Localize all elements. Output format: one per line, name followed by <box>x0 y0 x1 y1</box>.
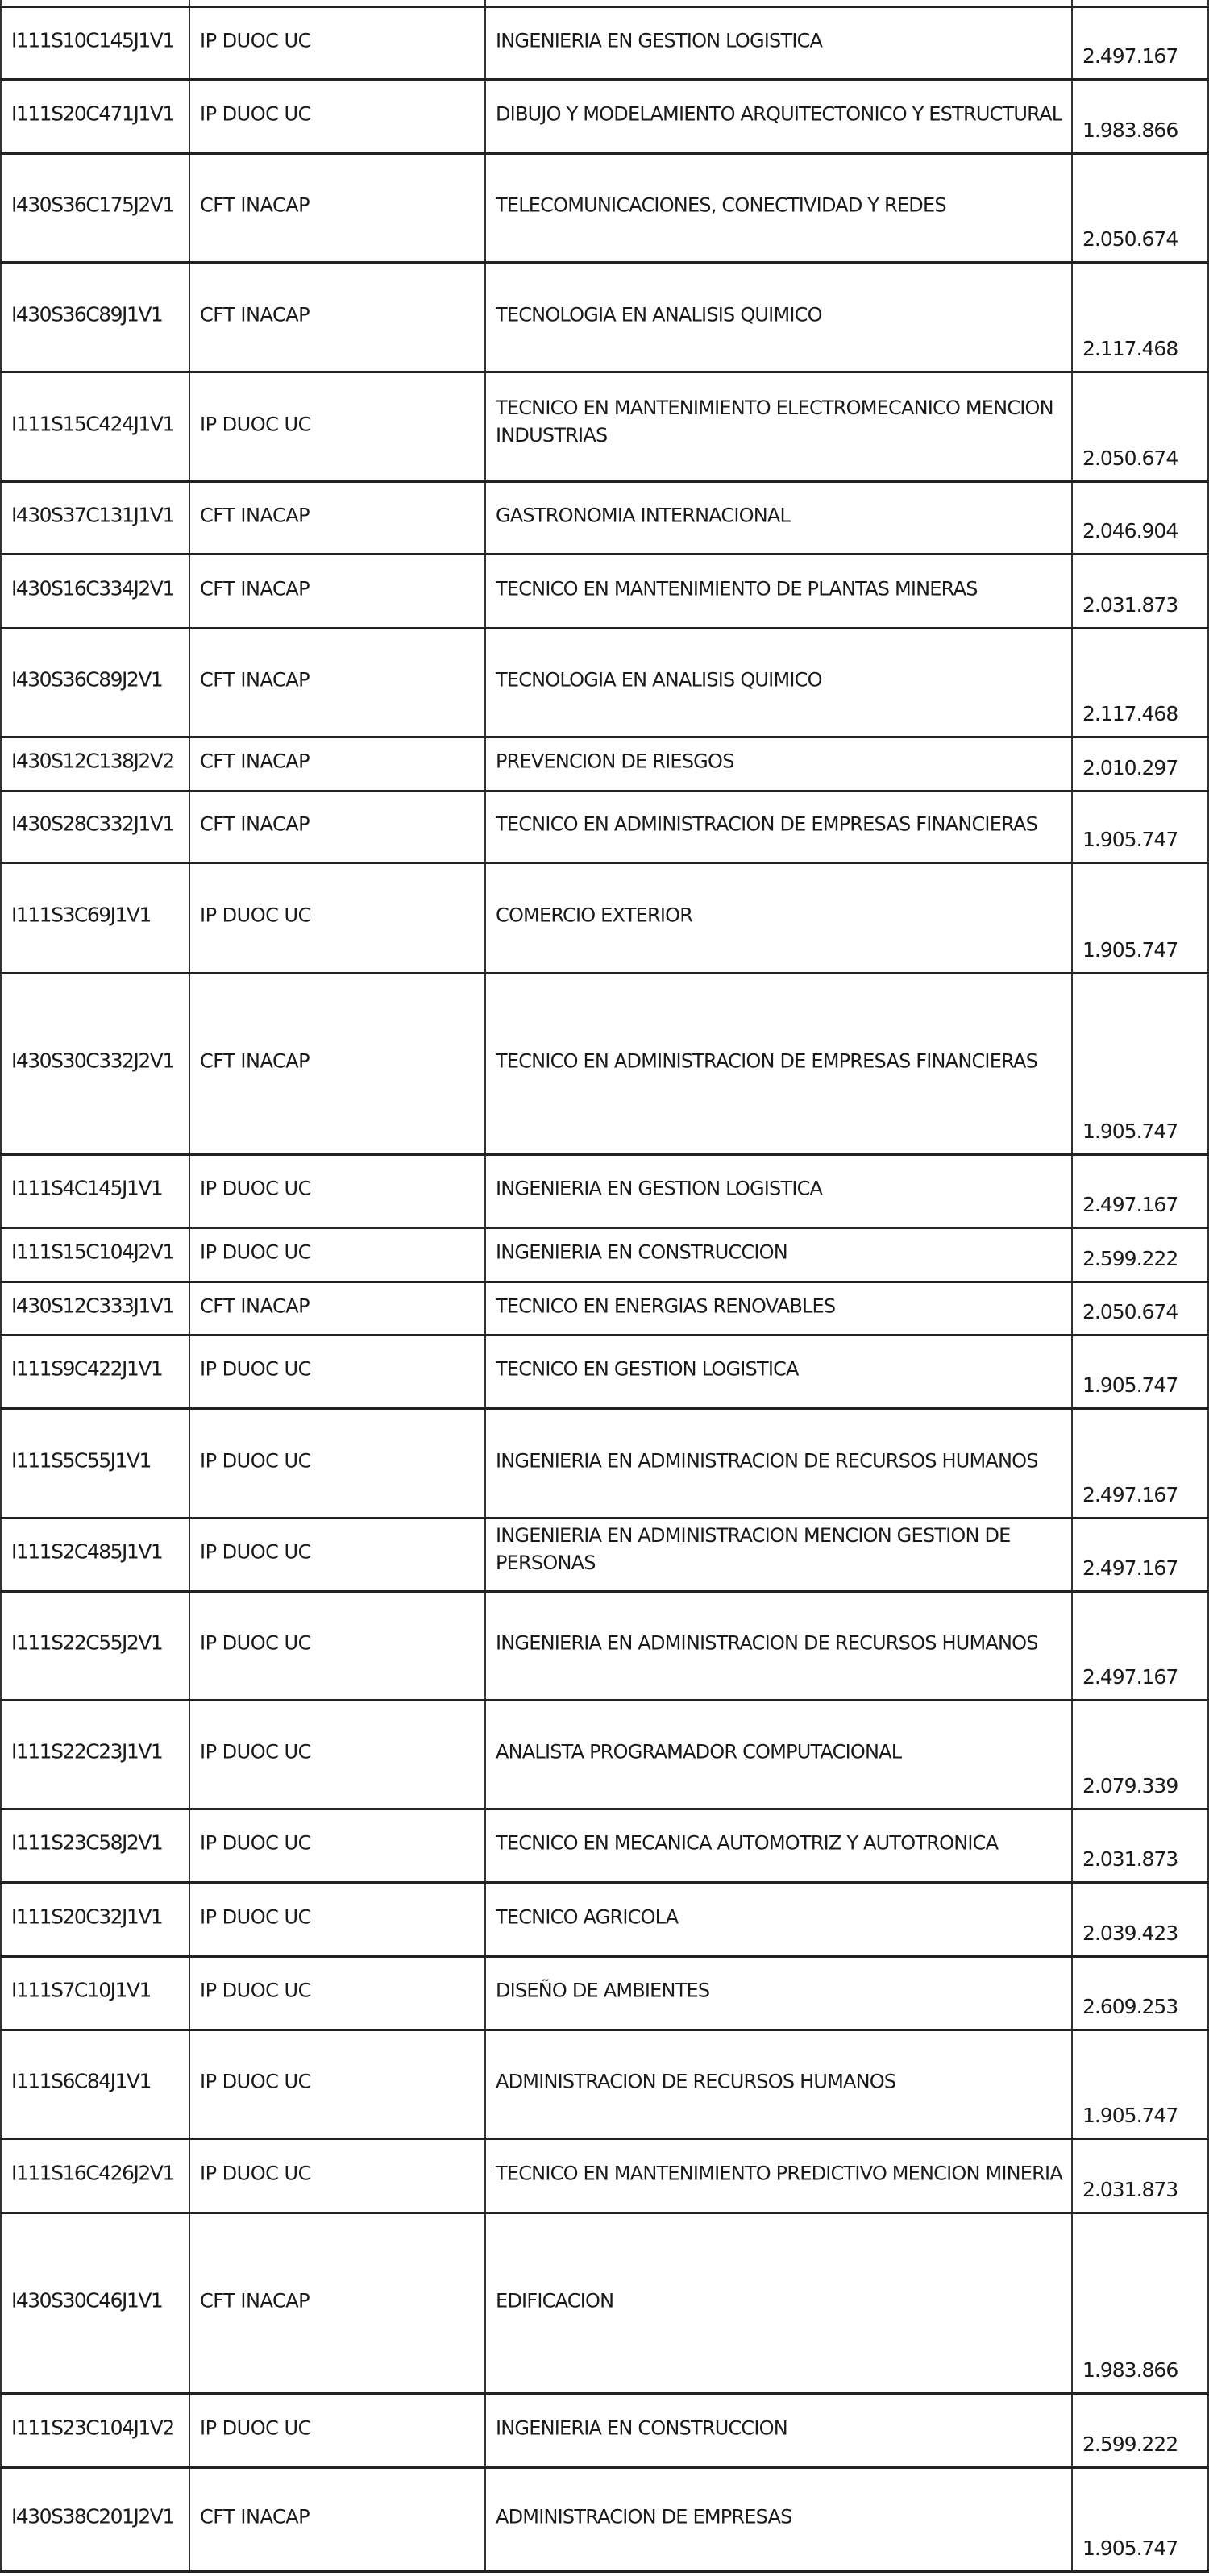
table-row: I430S12C333J1V1CFT INACAPTECNICO EN ENER… <box>0 1281 1209 1334</box>
institution-cell: IP DUOC UC <box>189 8 484 78</box>
amount-cell-text: 2.117.468 <box>1082 335 1201 363</box>
code-cell: I111S23C58J2V1 <box>0 1810 189 1881</box>
table-row-partial <box>0 0 1209 6</box>
institution-cell-text: IP DUOC UC <box>200 1977 478 2005</box>
table-row: I111S23C104J1V2IP DUOC UCINGENIERIA EN C… <box>0 2392 1209 2466</box>
code-cell-text: I111S3C69J1V1 <box>11 902 185 929</box>
institution-cell-text: IP DUOC UC <box>200 1239 478 1266</box>
program-cell: INGENIERIA EN ADMINISTRACION MENCION GES… <box>484 1519 1071 1590</box>
institution-cell-text: IP DUOC UC <box>200 1630 478 1657</box>
institution-cell: IP DUOC UC <box>189 2395 484 2466</box>
program-cell: COMERCIO EXTERIOR <box>484 864 1071 972</box>
program-cell-text: TECNICO EN MECANICA AUTOMOTRIZ Y AUTOTRO… <box>496 1830 1065 1857</box>
amount-cell: 2.599.222 <box>1071 2395 1209 2466</box>
code-cell: I111S20C471J1V1 <box>0 81 189 152</box>
amount-cell-text: 2.609.253 <box>1082 1993 1201 2021</box>
amount-cell-text: 2.050.674 <box>1082 445 1201 472</box>
program-cell: EDIFICACION <box>484 2214 1071 2392</box>
code-cell: I430S36C89J2V1 <box>0 629 189 736</box>
program-cell: INGENIERIA EN CONSTRUCCION <box>484 2395 1071 2466</box>
program-cell-text: DIBUJO Y MODELAMIENTO ARQUITECTONICO Y E… <box>496 100 1065 127</box>
table-row: I111S9C422J1V1IP DUOC UCTECNICO EN GESTI… <box>0 1334 1209 1407</box>
program-cell-text: INGENIERIA EN GESTION LOGISTICA <box>496 1175 1065 1203</box>
amount-cell: 2.039.423 <box>1071 1884 1209 1955</box>
program-cell: DISEÑO DE AMBIENTES <box>484 1958 1071 2029</box>
program-cell: ADMINISTRACION DE RECURSOS HUMANOS <box>484 2031 1071 2138</box>
institution-cell: IP DUOC UC <box>189 2031 484 2138</box>
institution-cell: CFT INACAP <box>189 974 484 1153</box>
program-cell-text: INGENIERIA EN CONSTRUCCION <box>496 1239 1065 1266</box>
code-cell: I111S23C104J1V2 <box>0 2395 189 2466</box>
amount-cell-text: 2.031.873 <box>1082 1846 1201 1873</box>
institution-cell-text: CFT INACAP <box>200 748 478 775</box>
table-row: I111S20C471J1V1IP DUOC UCDIBUJO Y MODELA… <box>0 78 1209 152</box>
amount-cell-text: 2.497.167 <box>1082 1555 1201 1582</box>
program-cell-text: COMERCIO EXTERIOR <box>496 902 1065 929</box>
code-cell: I111S2C485J1V1 <box>0 1519 189 1590</box>
institution-cell-text: IP DUOC UC <box>200 2159 478 2187</box>
code-cell: I111S22C55J2V1 <box>0 1593 189 1699</box>
amount-cell-text: 1.905.747 <box>1082 937 1201 964</box>
program-cell-text: DISEÑO DE AMBIENTES <box>496 1977 1065 2005</box>
code-cell-text: I430S36C89J2V1 <box>11 667 185 694</box>
amount-cell: 1.905.747 <box>1071 2031 1209 2138</box>
amount-cell-text: 2.079.339 <box>1082 1772 1201 1800</box>
amount-cell: 2.031.873 <box>1071 1810 1209 1881</box>
institution-cell: CFT INACAP <box>189 483 484 553</box>
program-cell: GASTRONOMIA INTERNACIONAL <box>484 483 1071 553</box>
program-cell-text: EDIFICACION <box>496 2287 1065 2314</box>
institution-cell: CFT INACAP <box>189 2469 484 2570</box>
institution-cell-text: CFT INACAP <box>200 2287 478 2314</box>
program-cell: TECNICO EN ADMINISTRACION DE EMPRESAS FI… <box>484 974 1071 1153</box>
program-cell: TECNOLOGIA EN ANALISIS QUIMICO <box>484 629 1071 736</box>
program-cell: PREVENCION DE RIESGOS <box>484 738 1071 790</box>
program-cell: DIBUJO Y MODELAMIENTO ARQUITECTONICO Y E… <box>484 81 1071 152</box>
amount-cell-text: 2.599.222 <box>1082 1245 1201 1273</box>
program-cell: INGENIERIA EN ADMINISTRACION DE RECURSOS… <box>484 1593 1071 1699</box>
institution-cell: CFT INACAP <box>189 738 484 790</box>
table-row: I111S10C145J1V1IP DUOC UCINGENIERIA EN G… <box>0 6 1209 78</box>
code-cell: I430S36C89J1V1 <box>0 264 189 371</box>
amount-cell-text: 2.497.167 <box>1082 1481 1201 1509</box>
table-row: I430S16C334J2V1CFT INACAPTECNICO EN MANT… <box>0 553 1209 627</box>
program-cell: INGENIERIA EN GESTION LOGISTICA <box>484 1156 1071 1227</box>
code-cell-text: I111S22C55J2V1 <box>11 1630 185 1657</box>
institution-cell: CFT INACAP <box>189 629 484 736</box>
code-cell: I111S5C55J1V1 <box>0 1410 189 1517</box>
amount-cell-text: 2.497.167 <box>1082 43 1201 70</box>
program-cell: INGENIERIA EN ADMINISTRACION DE RECURSOS… <box>484 1410 1071 1517</box>
code-cell: I111S3C69J1V1 <box>0 864 189 972</box>
institution-cell-text: IP DUOC UC <box>200 1739 478 1766</box>
institution-cell-text: CFT INACAP <box>200 192 478 219</box>
amount-cell-text: 2.010.297 <box>1082 754 1201 782</box>
institution-cell: IP DUOC UC <box>189 373 484 480</box>
amount-cell-text: 2.497.167 <box>1082 1191 1201 1219</box>
code-cell: I111S20C32J1V1 <box>0 1884 189 1955</box>
amount-cell-text: 1.905.747 <box>1082 2535 1201 2562</box>
program-cell-text: TECNICO AGRICOLA <box>496 1903 1065 1930</box>
institution-cell: IP DUOC UC <box>189 1884 484 1955</box>
institution-cell-text: IP DUOC UC <box>200 100 478 127</box>
program-cell-text: INGENIERIA EN ADMINISTRACION DE RECURSOS… <box>496 1630 1065 1657</box>
code-cell: I111S15C104J2V1 <box>0 1229 189 1281</box>
code-cell-text: I430S37C131J1V1 <box>11 501 185 529</box>
code-cell: I111S16C426J2V1 <box>0 2140 189 2212</box>
program-cell-text: TECNICO EN ENERGIAS RENOVABLES <box>496 1292 1065 1319</box>
amount-cell: 2.497.167 <box>1071 1519 1209 1590</box>
amount-cell-text: 1.905.747 <box>1082 2102 1201 2129</box>
table-row: I111S15C424J1V1IP DUOC UCTECNICO EN MANT… <box>0 371 1209 480</box>
code-cell-text: I430S12C138J2V2 <box>11 748 185 775</box>
amount-cell: 2.599.222 <box>1071 1229 1209 1281</box>
code-cell: I111S6C84J1V1 <box>0 2031 189 2138</box>
institution-cell-text: IP DUOC UC <box>200 1356 478 1383</box>
table-row: I111S20C32J1V1IP DUOC UCTECNICO AGRICOLA… <box>0 1881 1209 1955</box>
code-cell: I430S16C334J2V1 <box>0 555 189 627</box>
code-cell-text: I111S2C485J1V1 <box>11 1539 185 1566</box>
program-cell-text: INGENIERIA EN GESTION LOGISTICA <box>496 27 1065 54</box>
code-cell: I111S4C145J1V1 <box>0 1156 189 1227</box>
program-cell-text: ADMINISTRACION DE RECURSOS HUMANOS <box>496 2068 1065 2096</box>
amount-cell: 2.609.253 <box>1071 1958 1209 2029</box>
table-row: I111S6C84J1V1IP DUOC UCADMINISTRACION DE… <box>0 2029 1209 2138</box>
amount-cell: 2.046.904 <box>1071 483 1209 553</box>
code-cell-text: I111S9C422J1V1 <box>11 1356 185 1383</box>
program-cell-text: INGENIERIA EN ADMINISTRACION MENCION GES… <box>496 1522 1065 1577</box>
code-cell-text: I111S15C424J1V1 <box>11 410 185 438</box>
institution-cell: IP DUOC UC <box>189 1593 484 1699</box>
institution-cell-text: CFT INACAP <box>200 501 478 529</box>
amount-cell: 1.905.747 <box>1071 974 1209 1153</box>
institution-cell: IP DUOC UC <box>189 1229 484 1281</box>
table-row: I111S15C104J2V1IP DUOC UCINGENIERIA EN C… <box>0 1227 1209 1281</box>
table-row: I111S22C55J2V1IP DUOC UCINGENIERIA EN AD… <box>0 1590 1209 1699</box>
program-cell-text: TECNICO EN ADMINISTRACION DE EMPRESAS FI… <box>496 1048 1065 1075</box>
amount-cell-text: 1.905.747 <box>1082 1372 1201 1399</box>
institution-cell: IP DUOC UC <box>189 864 484 972</box>
amount-cell: 2.031.873 <box>1071 555 1209 627</box>
institution-cell: CFT INACAP <box>189 792 484 862</box>
amount-cell-text: 2.031.873 <box>1082 592 1201 619</box>
institution-cell-text: CFT INACAP <box>200 811 478 838</box>
code-cell-text: I430S30C332J2V1 <box>11 1048 185 1075</box>
program-cell-text: INGENIERIA EN CONSTRUCCION <box>496 2414 1065 2441</box>
table-cell <box>1071 0 1209 6</box>
program-cell-text: TECNOLOGIA EN ANALISIS QUIMICO <box>496 667 1065 694</box>
institution-cell: IP DUOC UC <box>189 1156 484 1227</box>
program-cell: INGENIERIA EN GESTION LOGISTICA <box>484 8 1071 78</box>
amount-cell-text: 2.039.423 <box>1082 1920 1201 1947</box>
amount-cell: 2.497.167 <box>1071 1410 1209 1517</box>
institution-cell-text: IP DUOC UC <box>200 27 478 54</box>
program-cell-text: TECNICO EN MANTENIMIENTO DE PLANTAS MINE… <box>496 575 1065 602</box>
institution-cell-text: IP DUOC UC <box>200 1447 478 1474</box>
program-cell-text: PREVENCION DE RIESGOS <box>496 748 1065 775</box>
amount-cell: 1.905.747 <box>1071 864 1209 972</box>
amount-cell-text: 2.050.674 <box>1082 226 1201 253</box>
amount-cell: 2.050.674 <box>1071 155 1209 261</box>
amount-cell-text: 1.905.747 <box>1082 826 1201 854</box>
code-cell-text: I430S38C201J2V1 <box>11 2503 185 2531</box>
code-cell: I430S36C175J2V1 <box>0 155 189 261</box>
code-cell-text: I111S16C426J2V1 <box>11 2159 185 2187</box>
institution-cell-text: CFT INACAP <box>200 301 478 328</box>
institution-cell-text: CFT INACAP <box>200 667 478 694</box>
code-cell-text: I111S23C104J1V2 <box>11 2414 185 2441</box>
code-cell: I111S22C23J1V1 <box>0 1701 189 1808</box>
code-cell-text: I111S15C104J2V1 <box>11 1239 185 1266</box>
institution-cell: IP DUOC UC <box>189 1519 484 1590</box>
code-cell-text: I430S36C175J2V1 <box>11 192 185 219</box>
code-cell-text: I111S23C58J2V1 <box>11 1830 185 1857</box>
program-cell: TECNICO AGRICOLA <box>484 1884 1071 1955</box>
code-cell: I430S28C332J1V1 <box>0 792 189 862</box>
code-cell-text: I430S30C46J1V1 <box>11 2287 185 2314</box>
institution-cell: IP DUOC UC <box>189 81 484 152</box>
institution-cell-text: IP DUOC UC <box>200 2068 478 2096</box>
code-cell: I430S30C46J1V1 <box>0 2214 189 2392</box>
amount-cell-text: 2.599.222 <box>1082 2431 1201 2458</box>
table-row: I430S36C175J2V1CFT INACAPTELECOMUNICACIO… <box>0 152 1209 261</box>
code-cell-text: I111S5C55J1V1 <box>11 1447 185 1474</box>
institution-cell-text: IP DUOC UC <box>200 902 478 929</box>
amount-cell-text: 2.050.674 <box>1082 1298 1201 1326</box>
institution-cell: CFT INACAP <box>189 155 484 261</box>
amount-cell: 1.905.747 <box>1071 792 1209 862</box>
table-row: I430S12C138J2V2CFT INACAPPREVENCION DE R… <box>0 736 1209 790</box>
table-row: I111S23C58J2V1IP DUOC UCTECNICO EN MECAN… <box>0 1808 1209 1881</box>
amount-cell: 2.497.167 <box>1071 1156 1209 1227</box>
code-cell-text: I430S16C334J2V1 <box>11 575 185 602</box>
table-row: I111S16C426J2V1IP DUOC UCTECNICO EN MANT… <box>0 2138 1209 2212</box>
code-cell: I430S12C138J2V2 <box>0 738 189 790</box>
amount-cell-text: 1.983.866 <box>1082 2357 1201 2384</box>
program-cell-text: TELECOMUNICACIONES, CONECTIVIDAD Y REDES <box>496 192 1065 219</box>
program-cell: TECNOLOGIA EN ANALISIS QUIMICO <box>484 264 1071 371</box>
code-cell: I430S30C332J2V1 <box>0 974 189 1153</box>
code-cell: I430S38C201J2V1 <box>0 2469 189 2570</box>
table-row: I430S30C46J1V1CFT INACAPEDIFICACION1.983… <box>0 2212 1209 2392</box>
amount-cell: 2.050.674 <box>1071 373 1209 480</box>
institution-cell: IP DUOC UC <box>189 1410 484 1517</box>
table-row: I111S5C55J1V1IP DUOC UCINGENIERIA EN ADM… <box>0 1407 1209 1517</box>
code-cell: I111S9C422J1V1 <box>0 1336 189 1407</box>
amount-cell: 1.905.747 <box>1071 1336 1209 1407</box>
amount-cell: 2.031.873 <box>1071 2140 1209 2212</box>
program-cell-text: TECNICO EN MANTENIMIENTO PREDICTIVO MENC… <box>496 2159 1065 2187</box>
table-row: I430S30C332J2V1CFT INACAPTECNICO EN ADMI… <box>0 972 1209 1153</box>
program-cell: TECNICO EN ADMINISTRACION DE EMPRESAS FI… <box>484 792 1071 862</box>
program-cell-text: TECNOLOGIA EN ANALISIS QUIMICO <box>496 301 1065 328</box>
table-row: I111S22C23J1V1IP DUOC UCANALISTA PROGRAM… <box>0 1699 1209 1808</box>
table-row: I430S36C89J1V1CFT INACAPTECNOLOGIA EN AN… <box>0 261 1209 371</box>
code-cell-text: I111S6C84J1V1 <box>11 2068 185 2096</box>
table-row: I430S37C131J1V1CFT INACAPGASTRONOMIA INT… <box>0 480 1209 553</box>
code-cell-text: I111S7C10J1V1 <box>11 1977 185 2005</box>
code-cell-text: I111S20C32J1V1 <box>11 1903 185 1930</box>
program-cell: ADMINISTRACION DE EMPRESAS <box>484 2469 1071 2570</box>
amount-cell: 2.050.674 <box>1071 1283 1209 1334</box>
amount-cell: 1.905.747 <box>1071 2469 1209 2570</box>
institution-cell-text: IP DUOC UC <box>200 410 478 438</box>
code-cell-text: I430S12C333J1V1 <box>11 1292 185 1319</box>
program-cell: TECNICO EN MANTENIMIENTO PREDICTIVO MENC… <box>484 2140 1071 2212</box>
table-cell <box>0 0 189 6</box>
table-cell <box>189 0 484 6</box>
amount-cell-text: 1.983.866 <box>1082 117 1201 144</box>
program-cell-text: TECNICO EN GESTION LOGISTICA <box>496 1356 1065 1383</box>
table-cell <box>484 0 1071 6</box>
institution-cell-text: CFT INACAP <box>200 2503 478 2531</box>
institution-cell-text: CFT INACAP <box>200 1048 478 1075</box>
program-cell-text: INGENIERIA EN ADMINISTRACION DE RECURSOS… <box>496 1447 1065 1474</box>
institution-cell: IP DUOC UC <box>189 1958 484 2029</box>
amount-cell: 1.983.866 <box>1071 2214 1209 2392</box>
amount-cell-text: 2.497.167 <box>1082 1664 1201 1691</box>
institution-cell: IP DUOC UC <box>189 1701 484 1808</box>
institution-cell-text: IP DUOC UC <box>200 1903 478 1930</box>
institution-cell-text: IP DUOC UC <box>200 2414 478 2441</box>
institution-cell: CFT INACAP <box>189 264 484 371</box>
code-cell-text: I111S4C145J1V1 <box>11 1175 185 1203</box>
program-cell: TECNICO EN MECANICA AUTOMOTRIZ Y AUTOTRO… <box>484 1810 1071 1881</box>
institution-cell: CFT INACAP <box>189 2214 484 2392</box>
institution-cell-text: CFT INACAP <box>200 1292 478 1319</box>
table-row: I111S3C69J1V1IP DUOC UCCOMERCIO EXTERIOR… <box>0 862 1209 972</box>
code-cell-text: I430S36C89J1V1 <box>11 301 185 328</box>
institution-cell-text: IP DUOC UC <box>200 1830 478 1857</box>
code-cell: I111S15C424J1V1 <box>0 373 189 480</box>
program-cell: TECNICO EN ENERGIAS RENOVABLES <box>484 1283 1071 1334</box>
institution-cell-text: IP DUOC UC <box>200 1175 478 1203</box>
institution-cell: IP DUOC UC <box>189 2140 484 2212</box>
code-cell: I430S37C131J1V1 <box>0 483 189 553</box>
institution-cell-text: IP DUOC UC <box>200 1539 478 1566</box>
amount-cell: 2.117.468 <box>1071 264 1209 371</box>
amount-cell: 2.497.167 <box>1071 8 1209 78</box>
amount-cell-text: 2.117.468 <box>1082 700 1201 728</box>
table-row: I430S36C89J2V1CFT INACAPTECNOLOGIA EN AN… <box>0 627 1209 736</box>
program-cell-text: GASTRONOMIA INTERNACIONAL <box>496 501 1065 529</box>
amount-cell: 2.497.167 <box>1071 1593 1209 1699</box>
table-row: I111S7C10J1V1IP DUOC UCDISEÑO DE AMBIENT… <box>0 1955 1209 2029</box>
program-cell: TECNICO EN MANTENIMIENTO ELECTROMECANICO… <box>484 373 1071 480</box>
program-cell-text: ANALISTA PROGRAMADOR COMPUTACIONAL <box>496 1739 1065 1766</box>
program-cell-text: TECNICO EN ADMINISTRACION DE EMPRESAS FI… <box>496 811 1065 838</box>
amount-cell-text: 2.046.904 <box>1082 517 1201 545</box>
code-cell: I430S12C333J1V1 <box>0 1283 189 1334</box>
table-row: I111S4C145J1V1IP DUOC UCINGENIERIA EN GE… <box>0 1153 1209 1227</box>
code-cell-text: I430S28C332J1V1 <box>11 811 185 838</box>
institution-cell-text: CFT INACAP <box>200 575 478 602</box>
table-row: I430S28C332J1V1CFT INACAPTECNICO EN ADMI… <box>0 790 1209 862</box>
institution-cell: IP DUOC UC <box>189 1336 484 1407</box>
table-row: I111S2C485J1V1IP DUOC UCINGENIERIA EN AD… <box>0 1517 1209 1590</box>
program-cell-text: ADMINISTRACION DE EMPRESAS <box>496 2503 1065 2531</box>
program-cell: ANALISTA PROGRAMADOR COMPUTACIONAL <box>484 1701 1071 1808</box>
code-cell-text: I111S20C471J1V1 <box>11 100 185 127</box>
institution-cell: CFT INACAP <box>189 1283 484 1334</box>
code-cell-text: I111S10C145J1V1 <box>11 27 185 54</box>
code-cell: I111S10C145J1V1 <box>0 8 189 78</box>
amount-cell: 2.010.297 <box>1071 738 1209 790</box>
institution-cell: CFT INACAP <box>189 555 484 627</box>
program-cell: TECNICO EN GESTION LOGISTICA <box>484 1336 1071 1407</box>
program-cell: TECNICO EN MANTENIMIENTO DE PLANTAS MINE… <box>484 555 1071 627</box>
program-cell-text: TECNICO EN MANTENIMIENTO ELECTROMECANICO… <box>496 394 1065 449</box>
program-cell: INGENIERIA EN CONSTRUCCION <box>484 1229 1071 1281</box>
amount-cell: 2.117.468 <box>1071 629 1209 736</box>
code-cell-text: I111S22C23J1V1 <box>11 1739 185 1766</box>
institution-cell: IP DUOC UC <box>189 1810 484 1881</box>
amount-cell: 1.983.866 <box>1071 81 1209 152</box>
amount-cell-text: 1.905.747 <box>1082 1118 1201 1145</box>
code-cell: I111S7C10J1V1 <box>0 1958 189 2029</box>
amount-cell-text: 2.031.873 <box>1082 2176 1201 2204</box>
program-cell: TELECOMUNICACIONES, CONECTIVIDAD Y REDES <box>484 155 1071 261</box>
amount-cell: 2.079.339 <box>1071 1701 1209 1808</box>
table-row: I430S38C201J2V1CFT INACAPADMINISTRACION … <box>0 2466 1209 2573</box>
